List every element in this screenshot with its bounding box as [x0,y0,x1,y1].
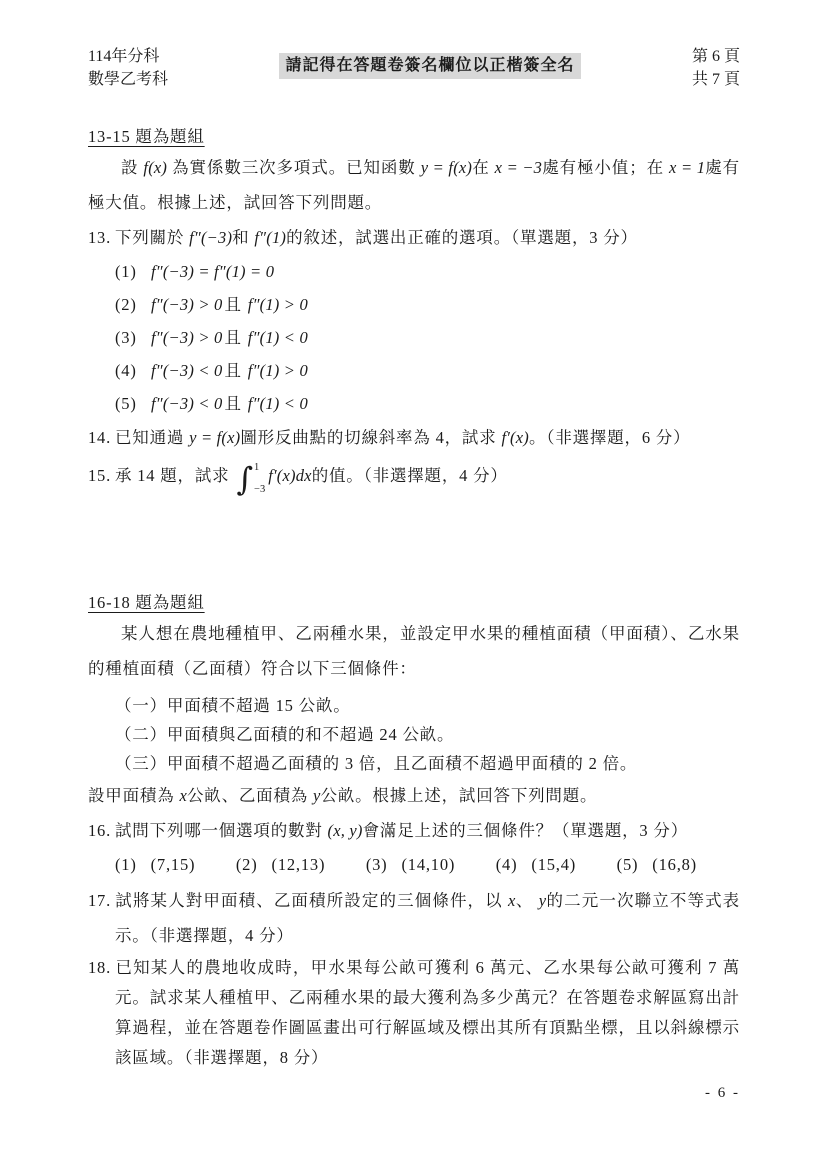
exam-subject-label: 數學乙考科 [88,68,168,91]
group-title-text: 16-18 題為題組 [88,593,205,612]
condition-3: （三）甲面積不超過乙面積的 3 倍，且乙面積不超過甲面積的 2 倍。 [115,749,740,778]
text-run: 和 [232,228,254,247]
text-run: 公畝、乙面積為 [187,786,313,805]
integral-expression: ∫1−3 [236,461,265,497]
question-17: 17.試將某人對甲面積、乙面積所設定的三個條件，以 x、 y的二元一次聯立不等式… [88,883,740,953]
option-label: (2) [236,848,258,882]
text-run: 公畝。根據上述，試回答下列問題。 [321,786,598,805]
math-run: x [508,891,516,910]
math-run: f″(−3) = f″(1) = 0 [151,262,274,281]
group-title-16-18: 16-18 題為題組 [88,589,740,613]
group2-intro-paragraph: 某人想在農地種植甲、乙兩種水果，並設定甲水果的種植面積（甲面積）、乙水果的種植面… [88,616,740,686]
question-number: 14. [88,420,115,455]
exam-info: 114年分科 數學乙考科 [88,45,168,91]
option-4: (4)(15,4) [496,848,576,882]
signature-notice: 請記得在答題卷簽名欄位以正楷簽全名 [279,53,580,79]
question-number: 18. [88,953,115,983]
math-run: y [313,786,321,805]
option-value: (12,13) [272,855,326,874]
question-14: 14.已知通過 y = f(x)圖形反曲點的切線斜率為 4，試求 f′(x)。（… [88,420,740,455]
text-run: 已知通過 [115,428,189,447]
text-run: 承 14 題，試求 [115,466,234,485]
option-1: (1)(7,15) [115,848,195,882]
page-header: 114年分科 數學乙考科 請記得在答題卷簽名欄位以正楷簽全名 第 6 頁 共 7… [0,0,827,91]
integral-lower-limit: −3 [254,485,265,496]
condition-1: （一）甲面積不超過 15 公畝。 [115,691,740,720]
option-5: (5)f″(−3) < 0且f″(1) < 0 [115,387,740,420]
group1-intro-paragraph: 設 f(x) 為實係數三次多項式。已知函數 y = f(x)在 x = −3處有… [88,150,740,220]
text-run: 且 [224,328,241,347]
math-run: x = −3 [495,158,542,177]
question-18: 18.已知某人的農地收成時，甲水果每公畝可獲利 6 萬元、乙水果每公畝可獲利 7… [88,953,740,1073]
integral-limits: 1−3 [254,461,265,497]
total-pages-label: 共 7 頁 [692,68,740,91]
text-run: 設甲面積為 [88,786,179,805]
question-number: 13. [88,220,115,255]
text-run: 下列關於 [115,228,189,247]
math-run: f″(−3) > 0 [151,328,222,347]
question-13-options: (1)f″(−3) = f″(1) = 0 (2)f″(−3) > 0且f″(1… [88,255,740,420]
math-run: (x, y) [328,821,363,840]
option-label: (3) [366,848,388,882]
math-run: f″(1) [254,228,286,247]
option-label: (4) [115,354,151,387]
text-run: 為實係數三次多項式。已知函數 [167,158,421,177]
question-16: 16.試問下列哪一個選項的數對 (x, y)會滿足上述的三個條件？（單選題，3 … [88,813,740,848]
math-run: f′(x) [501,428,529,447]
text-run: 已知某人的農地收成時，甲水果每公畝可獲利 6 萬元、乙水果每公畝可獲利 7 萬元… [115,958,740,1067]
text-run: 且 [224,361,241,380]
integral-icon: ∫ [236,463,253,495]
exam-content: 13-15 題為題組 設 f(x) 為實係數三次多項式。已知函數 y = f(x… [0,123,827,1073]
math-run: f″(1) < 0 [248,328,308,347]
option-label: (1) [115,255,151,288]
question-number: 15. [88,455,115,497]
math-run: f″(1) < 0 [248,394,308,413]
option-label: (4) [496,848,518,882]
option-2: (2)(12,13) [236,848,325,882]
page-indicator: 第 6 頁 共 7 頁 [692,45,740,91]
option-label: (5) [115,387,151,420]
question-group-16-18: 16-18 題為題組 某人想在農地種植甲、乙兩種水果，並設定甲水果的種植面積（甲… [88,589,740,1073]
group2-closing-paragraph: 設甲面積為 x公畝、乙面積為 y公畝。根據上述，試回答下列問題。 [88,778,740,813]
option-label: (5) [617,848,639,882]
text-run: 且 [224,394,241,413]
math-run: f″(−3) < 0 [151,394,222,413]
text-run: 會滿足上述的三個條件？（單選題，3 分） [363,821,688,840]
math-run: f″(−3) > 0 [151,295,222,314]
text-run: 圖形反曲點的切線斜率為 4，試求 [240,428,501,447]
text-run: 的值。（非選擇題，4 分） [312,466,508,485]
exam-page: 114年分科 數學乙考科 請記得在答題卷簽名欄位以正楷簽全名 第 6 頁 共 7… [0,0,827,1073]
question-15: 15.承 14 題，試求 ∫1−3f′(x)dx的值。（非選擇題，4 分） [88,455,740,497]
text-run: 。（非選擇題，6 分） [529,428,690,447]
option-value: (16,8) [652,855,697,874]
page-footer-number: - 6 - [705,1085,740,1102]
option-label: (2) [115,288,151,321]
text-run: 在 [472,158,495,177]
question-16-options: (1)(7,15) (2)(12,13) (3)(14,10) (4)(15,4… [115,848,697,882]
group-title-13-15: 13-15 題為題組 [88,123,740,147]
question-number: 17. [88,883,115,918]
group-title-text: 13-15 題為題組 [88,127,205,146]
math-run: y = f(x) [421,158,472,177]
question-group-13-15: 13-15 題為題組 設 f(x) 為實係數三次多項式。已知函數 y = f(x… [88,123,740,497]
text-run: 試問下列哪一個選項的數對 [115,821,328,840]
conditions-list: （一）甲面積不超過 15 公畝。 （二）甲面積與乙面積的和不超過 24 公畝。 … [88,691,740,778]
option-value: (7,15) [151,855,196,874]
option-value: (14,10) [401,855,455,874]
option-5: (5)(16,8) [617,848,697,882]
text-run: 、 [516,891,539,910]
option-4: (4)f″(−3) < 0且f″(1) > 0 [115,354,740,387]
option-3: (3)(14,10) [366,848,455,882]
text-run: 試將某人對甲面積、乙面積所設定的三個條件，以 [115,891,508,910]
option-2: (2)f″(−3) > 0且f″(1) > 0 [115,288,740,321]
math-run: f″(1) > 0 [248,361,308,380]
text-run: 且 [224,295,241,314]
text-run: 的敘述，試選出正確的選項。（單選題，3 分） [286,228,638,247]
option-3: (3)f″(−3) > 0且f″(1) < 0 [115,321,740,354]
math-run: x [179,786,187,805]
math-run: y = f(x) [189,428,240,447]
question-13: 13.下列關於 f″(−3)和 f″(1)的敘述，試選出正確的選項。（單選題，3… [88,220,740,255]
option-1: (1)f″(−3) = f″(1) = 0 [115,255,740,288]
math-run: f″(−3) [189,228,232,247]
math-run: f′(x)dx [268,466,311,485]
current-page-label: 第 6 頁 [692,45,740,68]
integral-upper-limit: 1 [254,463,259,474]
question-number: 16. [88,813,115,848]
text-run: 處有極小值；在 [542,158,669,177]
option-label: (1) [115,848,137,882]
condition-2: （二）甲面積與乙面積的和不超過 24 公畝。 [115,720,740,749]
option-value: (15,4) [531,855,576,874]
text-run: 設 [121,158,143,177]
math-run: x = 1 [669,158,705,177]
option-label: (3) [115,321,151,354]
exam-year-label: 114年分科 [88,45,168,68]
math-run: f″(1) > 0 [248,295,308,314]
math-run: f(x) [143,158,167,177]
math-run: f″(−3) < 0 [151,361,222,380]
